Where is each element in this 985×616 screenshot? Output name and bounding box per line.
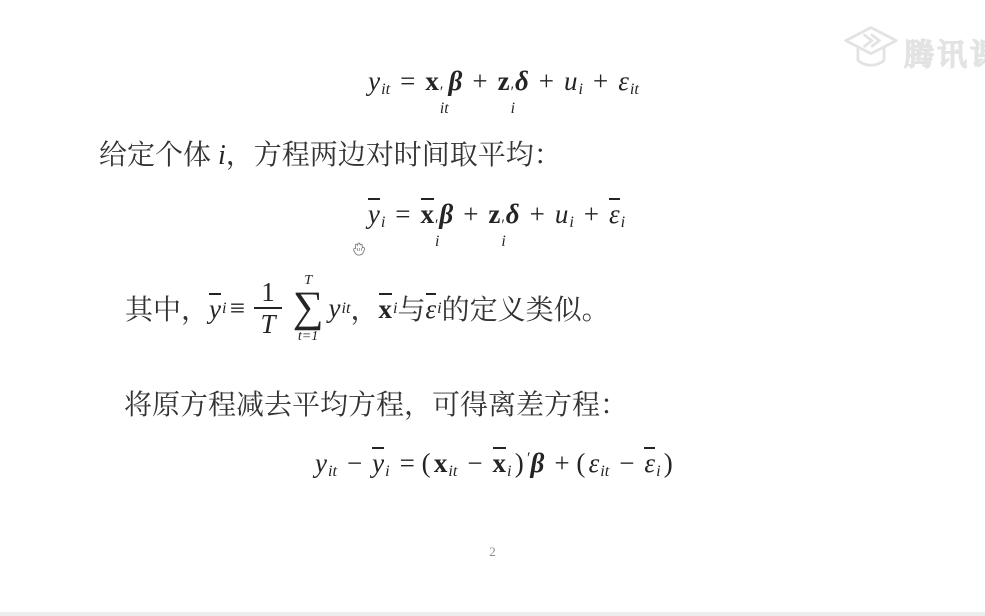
formula-token: β [439, 199, 453, 229]
formula-token: ∑ [293, 288, 324, 328]
formula-token: y [372, 447, 384, 478]
equation-original-model: yit = x′itβ + z′iδ + ui + εit [22, 66, 985, 117]
formula-token: T [260, 309, 275, 339]
formula-token: t=1 [298, 328, 318, 343]
formula-token: y [315, 448, 327, 478]
formula-token: β [449, 66, 463, 96]
formula-token: + [462, 66, 497, 96]
watermark-brand-text: 腾讯课堂 [904, 30, 985, 74]
formula-token: ′ [435, 218, 438, 234]
watermark: 腾讯课堂 [843, 24, 985, 79]
formula-token: i [620, 213, 626, 231]
formula-token: ， [350, 288, 378, 328]
formula-token: ) [512, 448, 527, 478]
formula-token: i [506, 462, 512, 480]
formula-token: 将原方程减去平均方程，可得离差方程： [124, 390, 628, 421]
formula-token: it [327, 462, 337, 480]
formula-token: ε [426, 293, 437, 324]
formula-token: 给定个体 [99, 140, 218, 171]
formula-token: u [555, 199, 569, 229]
bottom-edge-line [0, 612, 985, 616]
formula-token: it [447, 462, 457, 480]
formula-token: + [453, 199, 488, 229]
intro-time-averaging-text: 给定个体 i，方程两边对时间取平均： [99, 133, 562, 173]
formula-token: 的定义类似。 [442, 288, 610, 328]
formula-token: 与 [398, 288, 426, 328]
page-number: 2 [0, 544, 985, 560]
formula-token: it [440, 101, 449, 117]
formula-token: − [609, 448, 644, 478]
formula-token: ，方程两边对时间取平均： [226, 140, 562, 171]
formula-token: ε [609, 198, 620, 229]
formula-token: u [564, 66, 578, 96]
formula-token: = [390, 66, 425, 96]
equation-time-averaged: yi = x′iβ + z′iδ + ui + εi [8, 198, 985, 250]
formula-token: ) [661, 448, 676, 478]
formula-token: − [337, 448, 372, 478]
formula-token: 1 [254, 277, 282, 309]
formula-token: it [629, 80, 639, 98]
within-mean-definition-line: 其中，yi ≡ 1TT∑t=1yit，xi与εi的定义类似。 [125, 262, 610, 354]
formula-token: ′ [511, 85, 514, 101]
intro-demeaning-text: 将原方程减去平均方程，可得离差方程： [124, 383, 628, 423]
formula-token: i [655, 462, 661, 480]
formula-token: z [488, 199, 500, 229]
formula-token: T∑t=1 [293, 273, 324, 343]
formula-token: i [568, 213, 574, 231]
slide: yit = x′itβ + z′iδ + ui + εit 给定个体 i，方程两… [0, 0, 985, 616]
formula-token: + [520, 199, 555, 229]
formula-token: = ( [390, 448, 434, 478]
formula-token: ′ [501, 218, 504, 234]
formula-token: i [435, 234, 439, 250]
formula-token: x [379, 293, 393, 324]
formula-token: + [574, 199, 609, 229]
formula-token: ε [589, 448, 600, 478]
formula-token: x [425, 66, 439, 96]
formula-token: ε [618, 66, 629, 96]
formula-token: + [583, 66, 618, 96]
formula-token: − [457, 448, 492, 478]
formula-token: 其中， [125, 288, 209, 328]
formula-token: δ [506, 199, 520, 229]
formula-token: = [385, 199, 420, 229]
formula-token: x [493, 447, 507, 478]
formula-token: i [511, 101, 515, 117]
formula-token: x [434, 448, 448, 478]
formula-token: + [529, 66, 564, 96]
formula-token: ≡ [227, 293, 249, 324]
formula-token: + ( [544, 448, 588, 478]
formula-token: 1T [254, 277, 282, 339]
tencent-classroom-logo-icon [843, 24, 899, 79]
formula-token: δ [515, 66, 529, 96]
formula-token: it [340, 299, 350, 318]
equation-demeaned: yit − yi = (xit − xi)′β + (εit − εi) [6, 447, 985, 481]
hand-cursor-icon [350, 239, 369, 260]
formula-token: y [368, 198, 380, 229]
formula-token: y [329, 293, 341, 324]
formula-token: y [209, 293, 221, 324]
formula-token: ′it [439, 85, 449, 118]
formula-token: ε [644, 447, 655, 478]
formula-token: x [421, 198, 435, 229]
formula-token: y [368, 66, 380, 96]
formula-token: it [599, 462, 609, 480]
formula-token: z [498, 66, 510, 96]
formula-token: i [218, 140, 226, 171]
formula-token: β [531, 448, 545, 478]
formula-token: ′ [440, 85, 443, 101]
formula-token: i [501, 234, 505, 250]
formula-token: i [384, 462, 390, 480]
formula-token: it [380, 80, 390, 98]
